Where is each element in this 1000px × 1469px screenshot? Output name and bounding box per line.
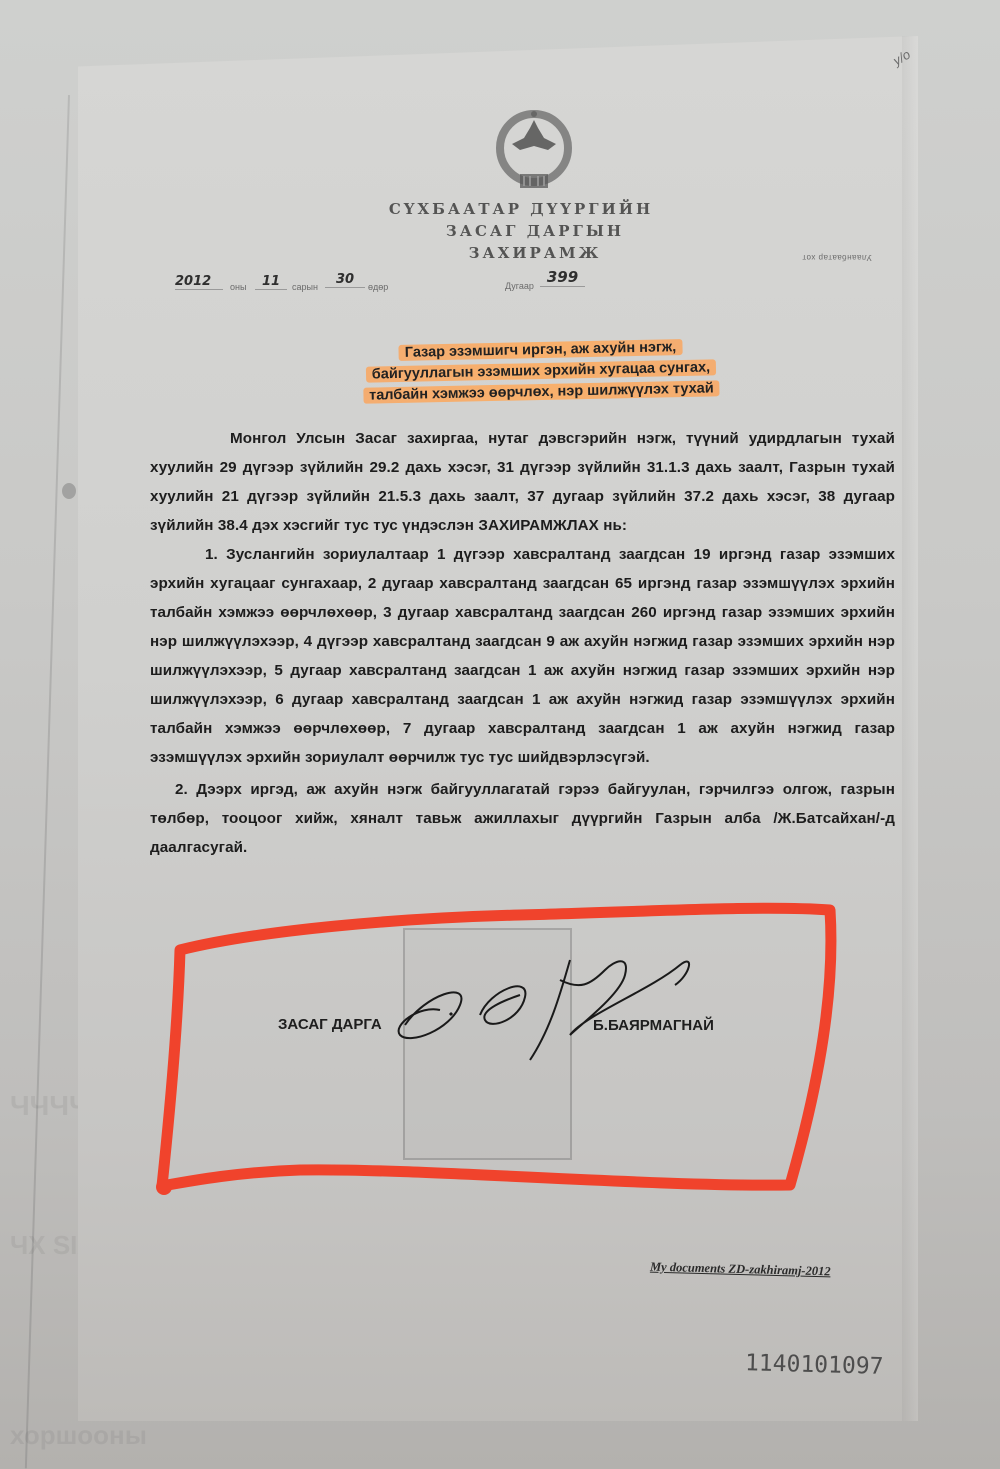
- subject-line-1: Газар эзэмшигч иргэн, аж ахуйн нэгж,: [399, 339, 683, 361]
- ghost-text: ЧЧЧЧ: [10, 1090, 89, 1122]
- punch-hole: [62, 483, 76, 499]
- underlying-sheet-edge: [25, 95, 70, 1468]
- date-day-suffix: өдөр: [368, 282, 388, 292]
- handwritten-signature: [330, 935, 710, 1075]
- decree-item-2: 2. Дээрх иргэд, аж ахуйн нэгж байгууллаг…: [150, 775, 895, 862]
- date-year: 2012: [175, 274, 223, 290]
- sheet-fold-shadow: [902, 36, 918, 1421]
- place-label: Улаанбаатар хот: [802, 253, 872, 262]
- date-year-suffix: оны: [230, 282, 246, 292]
- date-line: 2012 оны 11 сарын 30 өдөр Дугаар 399: [175, 270, 635, 300]
- decree-item-1: 1. Зуслангийн зориулалтаар 1 дүгээр хавс…: [150, 540, 895, 772]
- decree-body: Монгол Улсын Засаг захиргаа, нутаг дэвсг…: [150, 424, 895, 862]
- preamble-paragraph: Монгол Улсын Засаг захиргаа, нутаг дэвсг…: [150, 424, 895, 540]
- issuing-authority-title: СҮХБААТАР ДҮҮРГИЙН ЗАСАГ ДАРГЫН ЗАХИРАМЖ: [380, 198, 690, 264]
- ghost-text: хоршооны: [10, 1420, 147, 1451]
- subject-line-3: талбайн хэмжээ өөрчлөх, нэр шилжүүлэх ту…: [363, 380, 720, 403]
- decree-subject: Газар эзэмшигч иргэн, аж ахуйн нэгж, бай…: [335, 336, 746, 408]
- state-emblem-icon: [484, 106, 584, 196]
- number-label: Дугаар: [505, 281, 534, 291]
- org-line-1: СҮХБААТАР ДҮҮРГИЙН: [366, 198, 676, 220]
- date-month-suffix: сарын: [292, 282, 318, 292]
- date-month: 11: [255, 274, 287, 290]
- serial-number: 1140101097: [745, 1350, 884, 1380]
- date-day: 30: [325, 272, 365, 288]
- subject-line-2: байгууллагын эзэмших эрхийн хугацаа сунг…: [366, 359, 717, 382]
- org-line-2: ЗАСАГ ДАРГЫН ЗАХИРАМЖ: [380, 220, 690, 264]
- decree-number: 399: [540, 268, 585, 287]
